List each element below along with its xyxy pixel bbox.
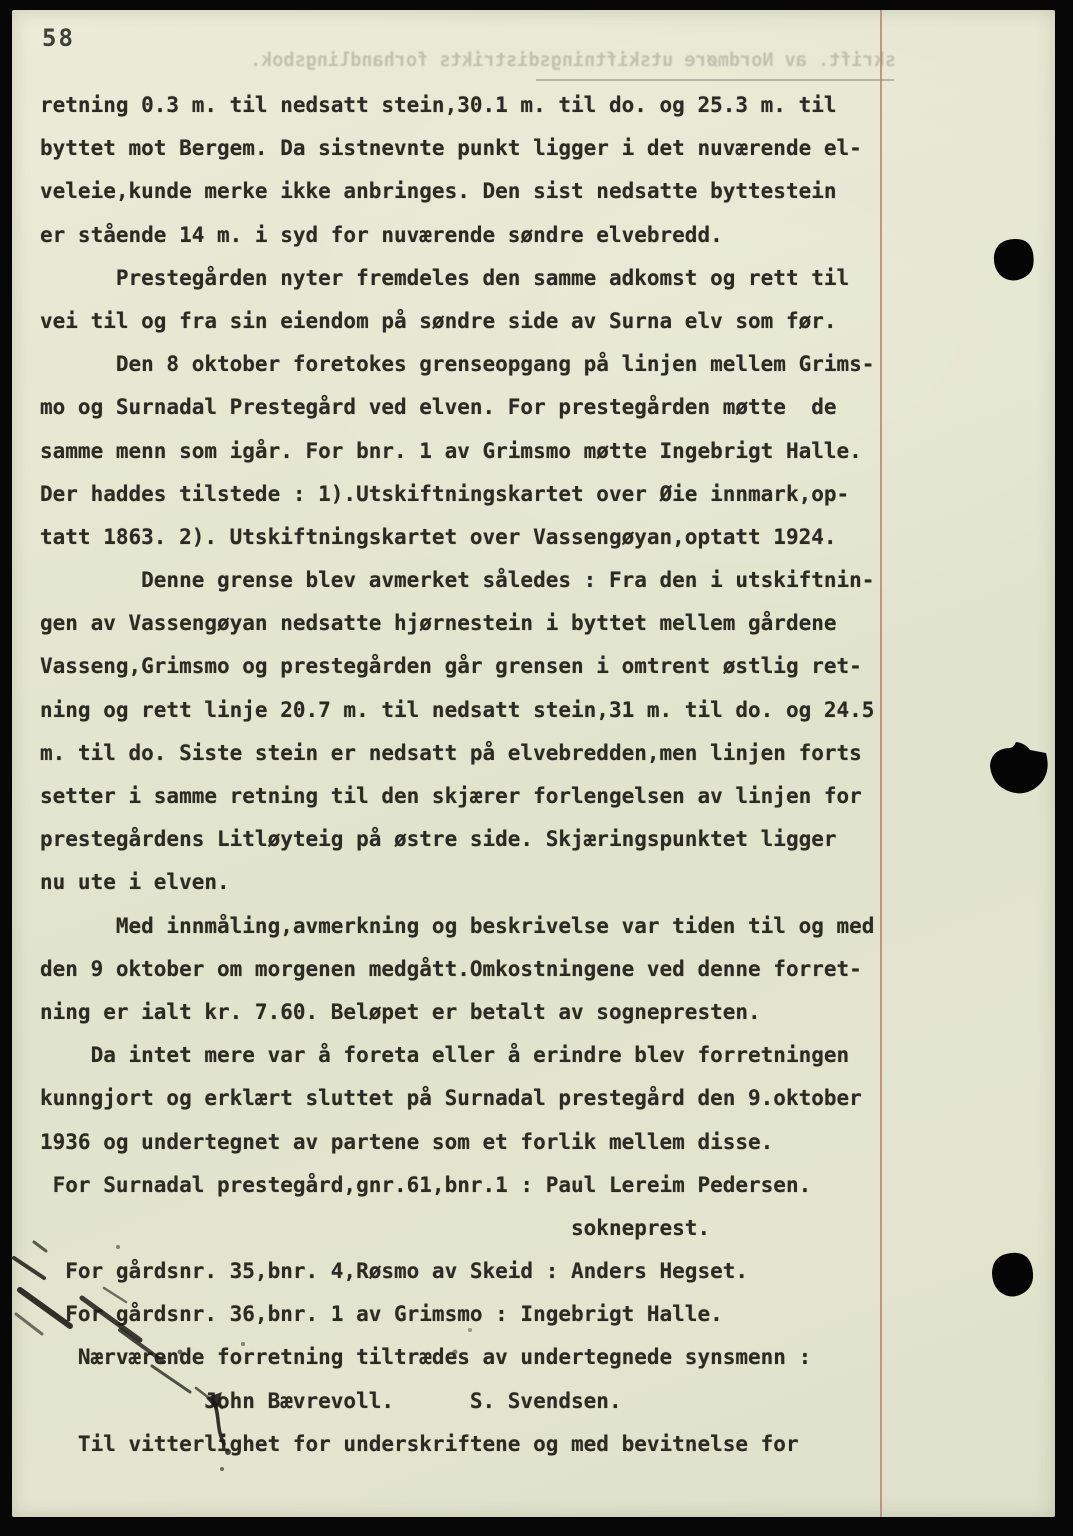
- text-line: Med innmåling,avmerkning og beskrivelse …: [40, 905, 900, 948]
- text-line: kunngjort og erklært sluttet på Surnadal…: [40, 1077, 900, 1120]
- text-line: er stående 14 m. i syd for nuværende søn…: [40, 214, 900, 257]
- bleed-through-underline: [536, 79, 894, 81]
- text-line: Der haddes tilstede : 1).Utskiftningskar…: [40, 473, 900, 516]
- text-line: retning 0.3 m. til nedsatt stein,30.1 m.…: [40, 84, 900, 127]
- typewritten-text: retning 0.3 m. til nedsatt stein,30.1 m.…: [40, 84, 900, 1466]
- text-line: John Bævrevoll. S. Svendsen.: [40, 1380, 900, 1423]
- text-line: Til vitterlighet for underskriftene og m…: [40, 1423, 900, 1466]
- bleed-through-text: skrift. av Nordmøre utskiftningsdistrikt…: [86, 50, 896, 76]
- text-line: ning og rett linje 20.7 m. til nedsatt s…: [40, 689, 900, 732]
- text-line: Da intet mere var å foreta eller å erind…: [40, 1034, 900, 1077]
- text-line: Vasseng,Grimsmo og prestegården går gren…: [40, 645, 900, 688]
- text-line: Denne grense blev avmerket således : Fra…: [40, 559, 900, 602]
- text-line: samme menn som igår. For bnr. 1 av Grims…: [40, 430, 900, 473]
- text-line: setter i samme retning til den skjærer f…: [40, 775, 900, 818]
- text-line: ning er ialt kr. 7.60. Beløpet er betalt…: [40, 991, 900, 1034]
- text-line: prestegårdens Litløyteig på østre side. …: [40, 818, 900, 861]
- text-line: Den 8 oktober foretokes grenseopgang på …: [40, 343, 900, 386]
- text-line: For gårdsnr. 36,bnr. 1 av Grimsmo : Inge…: [40, 1293, 900, 1336]
- text-line: For gårdsnr. 35,bnr. 4,Røsmo av Skeid : …: [40, 1250, 900, 1293]
- text-line: veleie,kunde merke ikke anbringes. Den s…: [40, 170, 900, 213]
- text-line: den 9 oktober om morgenen medgått.Omkost…: [40, 948, 900, 991]
- text-line: nu ute i elven.: [40, 861, 900, 904]
- text-line: mo og Surnadal Prestegård ved elven. For…: [40, 386, 900, 429]
- text-line: tatt 1863. 2). Utskiftningskartet over V…: [40, 516, 900, 559]
- text-line: byttet mot Bergem. Da sistnevnte punkt l…: [40, 127, 900, 170]
- scanned-archive-page: { "page": { "number": "58", "bleed_throu…: [0, 0, 1073, 1536]
- text-line: vei til og fra sin eiendom på søndre sid…: [40, 300, 900, 343]
- text-line: Nærværende forretning tiltrædes av under…: [40, 1336, 900, 1379]
- text-line: sokneprest.: [40, 1207, 900, 1250]
- text-line: gen av Vassengøyan nedsatte hjørnestein …: [40, 602, 900, 645]
- text-line: Prestegården nyter fremdeles den samme a…: [40, 257, 900, 300]
- text-line: For Surnadal prestegård,gnr.61,bnr.1 : P…: [40, 1164, 900, 1207]
- text-line: m. til do. Siste stein er nedsatt på elv…: [40, 732, 900, 775]
- page-number: 58: [42, 24, 75, 52]
- text-line: 1936 og undertegnet av partene som et fo…: [40, 1121, 900, 1164]
